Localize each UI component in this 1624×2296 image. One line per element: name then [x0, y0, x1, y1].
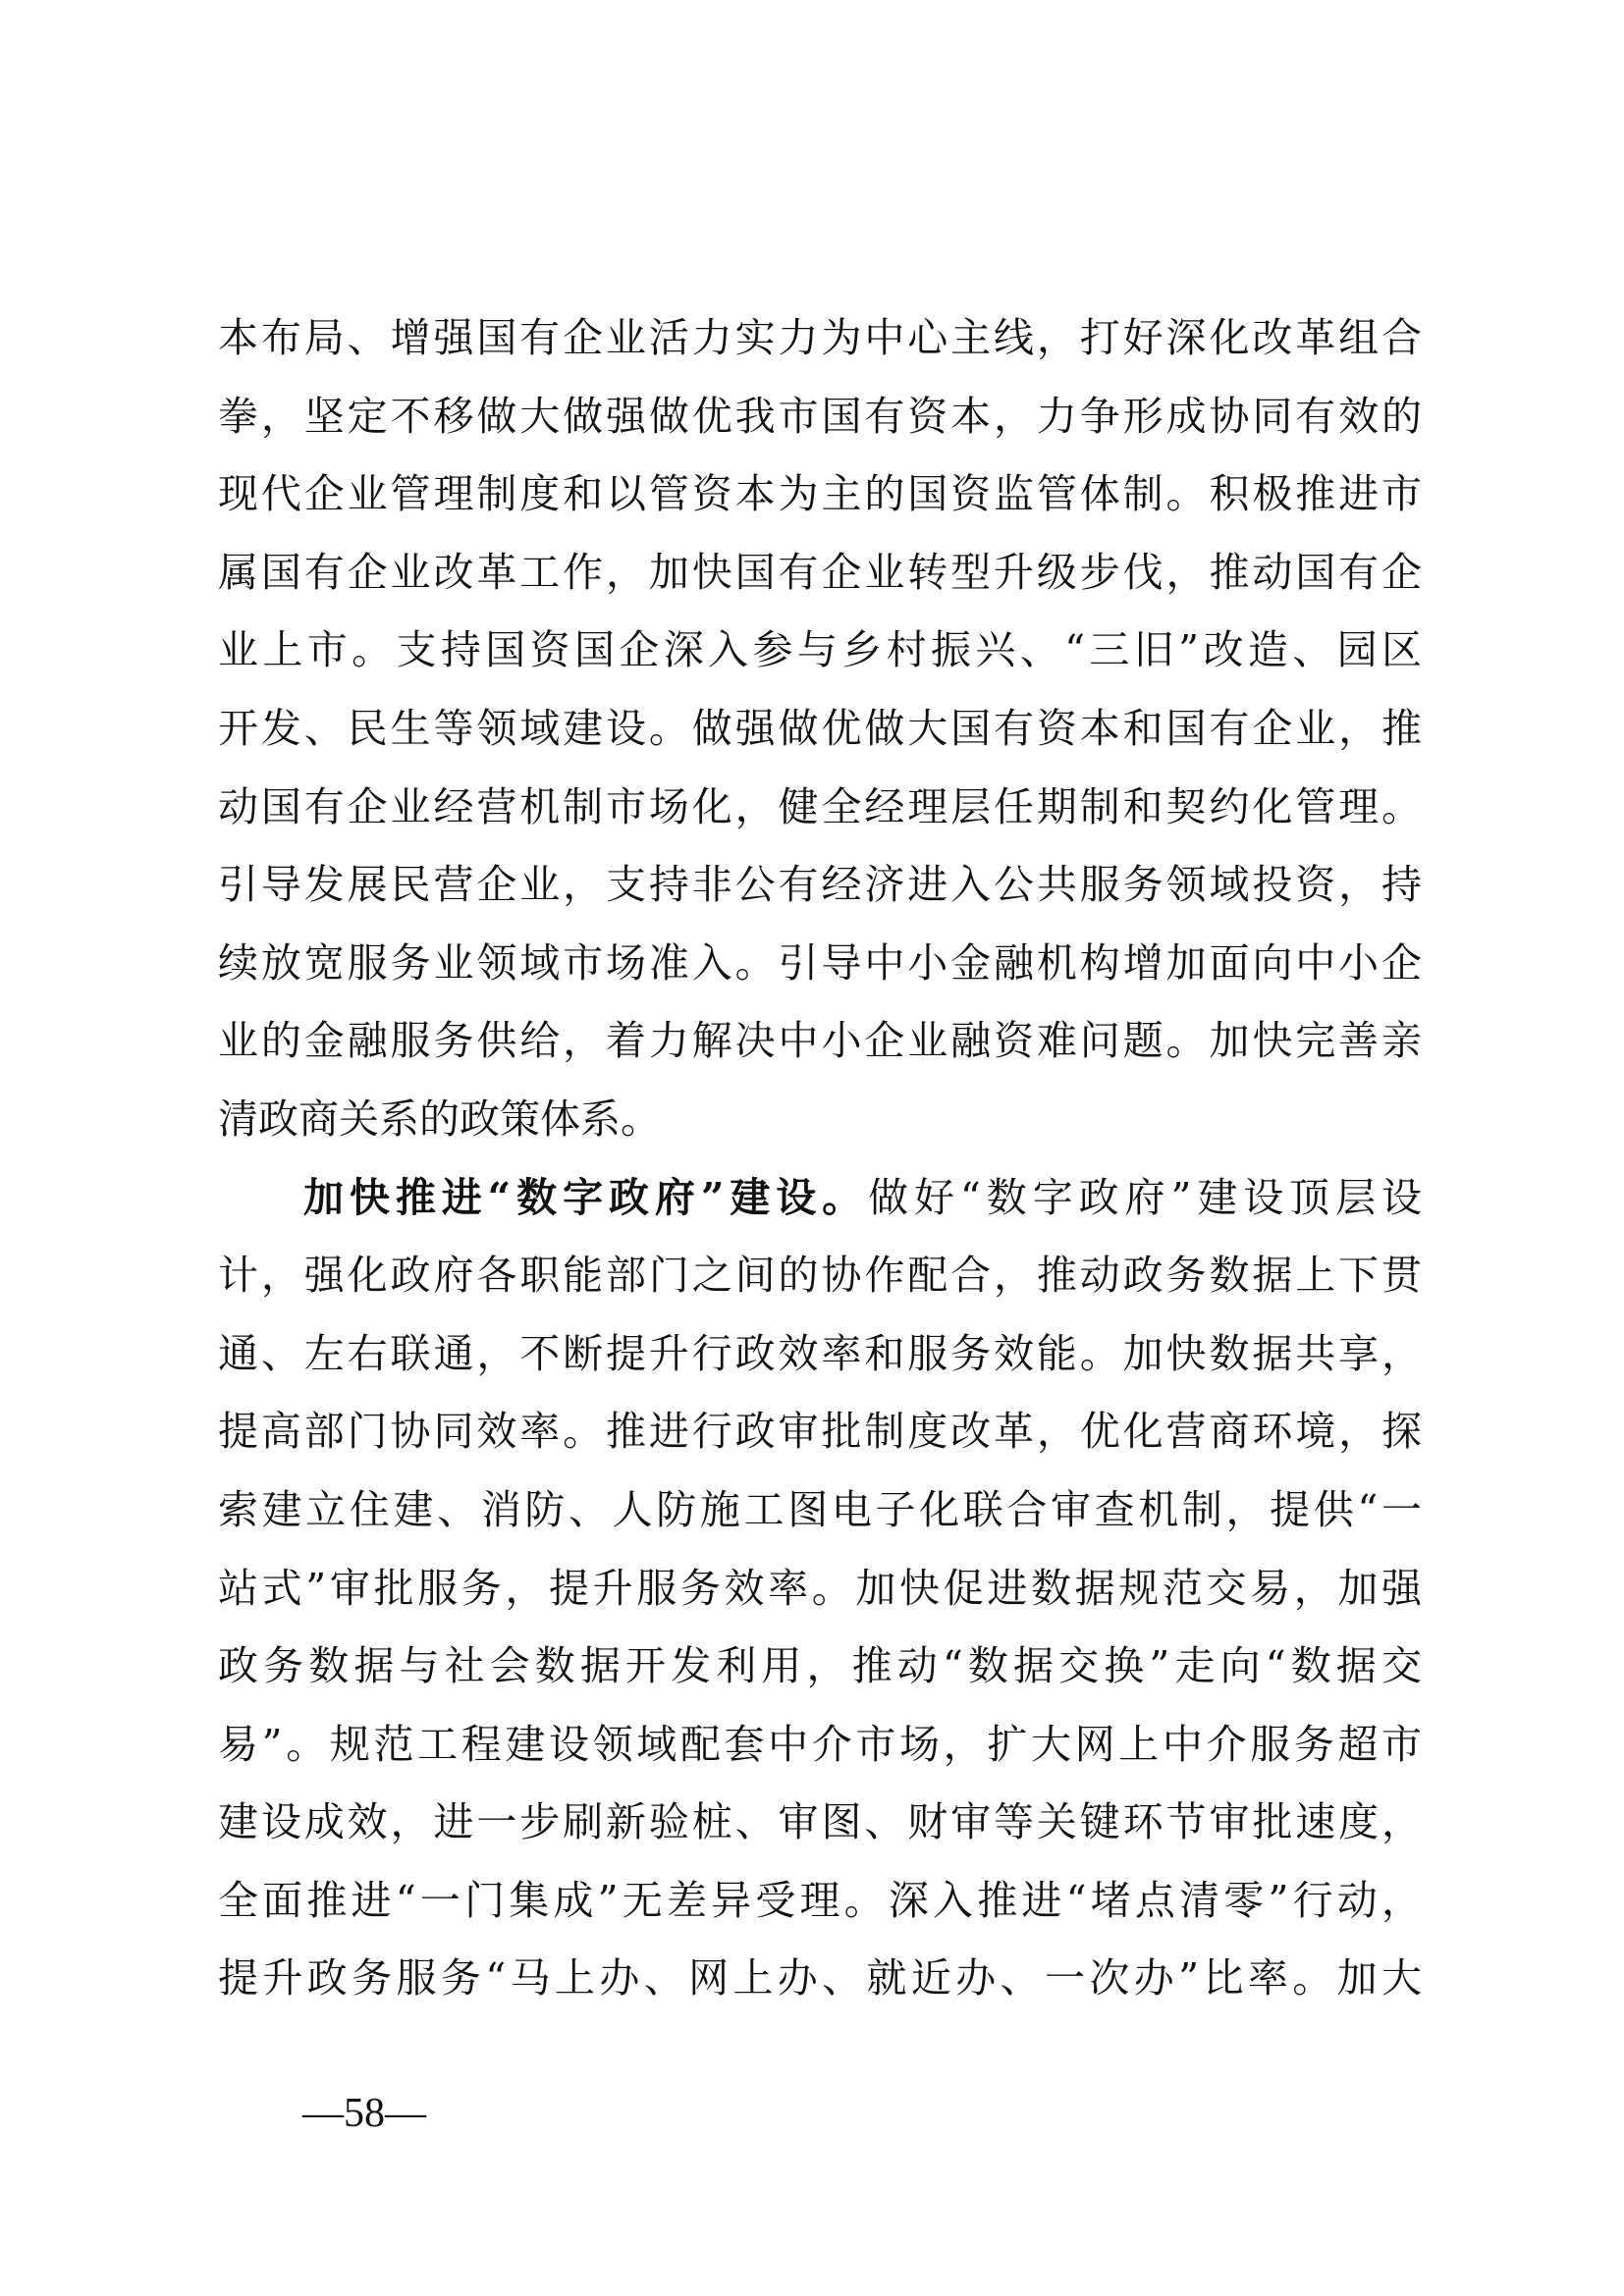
text-line: 属国有企业改革工作，加快国有企业转型升级步伐，推动国有企 — [218, 534, 1422, 613]
text-line: 提高部门协同效率。推进行政审批制度改革，优化营商环境，探 — [218, 1393, 1422, 1471]
document-page: 本布局、增强国有企业活力实力为中心主线，打好深化改革组合 拳，坚定不移做大做强做… — [0, 0, 1624, 2296]
body-text: 本布局、增强国有企业活力实力为中心主线，打好深化改革组合 拳，坚定不移做大做强做… — [218, 299, 1422, 2018]
text-line: 政务数据与社会数据开发利用，推动“数据交换”走向“数据交 — [218, 1628, 1422, 1706]
text-line: 现代企业管理制度和以管资本为主的国资监管体制。积极推进市 — [218, 455, 1422, 534]
text-line: 易”。规范工程建设领域配套中介市场，扩大网上中介服务超市 — [218, 1706, 1422, 1785]
text-line: 全面推进“一门集成”无差异受理。深入推进“堵点清零”行动， — [218, 1862, 1422, 1941]
text-line: 引导发展民营企业，支持非公有经济进入公共服务领域投资，持 — [218, 846, 1422, 925]
text-line-with-heading: 加快推进“数字政府”建设。做好“数字政府”建设顶层设 — [218, 1159, 1422, 1238]
text-line: 续放宽服务业领域市场准入。引导中小金融机构增加面向中小企 — [218, 925, 1422, 1003]
text-line: 计，强化政府各职能部门之间的协作配合，推动政务数据上下贯 — [218, 1237, 1422, 1315]
text-line: 开发、民生等领域建设。做强做优做大国有资本和国有企业，推 — [218, 690, 1422, 769]
text-line: 清政商关系的政策体系。 — [218, 1081, 1422, 1159]
text-line: 动国有企业经营机制市场化，健全经理层任期制和契约化管理。 — [218, 769, 1422, 847]
text-line: 本布局、增强国有企业活力实力为中心主线，打好深化改革组合 — [218, 299, 1422, 378]
text-line: 建设成效，进一步刷新验桩、审图、财审等关键环节审批速度， — [218, 1784, 1422, 1862]
section-heading: 加快推进“数字政府”建设。 — [303, 1174, 868, 1221]
page-number: —58— — [302, 2089, 426, 2138]
text-line: 通、左右联通，不断提升行政效率和服务效能。加快数据共享， — [218, 1315, 1422, 1394]
text-line: 拳，坚定不移做大做强做优我市国有资本，力争形成协同有效的 — [218, 378, 1422, 456]
text-line: 索建立住建、消防、人防施工图电子化联合审查机制，提供“一 — [218, 1471, 1422, 1550]
text-line: 提升政务服务“马上办、网上办、就近办、一次办”比率。加大 — [218, 1940, 1422, 2018]
heading-line-rest: 做好“数字政府”建设顶层设 — [868, 1174, 1422, 1221]
text-line: 站式”审批服务，提升服务效率。加快促进数据规范交易，加强 — [218, 1550, 1422, 1629]
paragraph-state-enterprise-reform: 本布局、增强国有企业活力实力为中心主线，打好深化改革组合 拳，坚定不移做大做强做… — [218, 299, 1422, 1159]
text-line: 业的金融服务供给，着力解决中小企业融资难问题。加快完善亲 — [218, 1002, 1422, 1081]
text-line: 业上市。支持国资国企深入参与乡村振兴、“三旧”改造、园区 — [218, 612, 1422, 690]
paragraph-digital-government: 加快推进“数字政府”建设。做好“数字政府”建设顶层设 计，强化政府各职能部门之间… — [218, 1159, 1422, 2019]
